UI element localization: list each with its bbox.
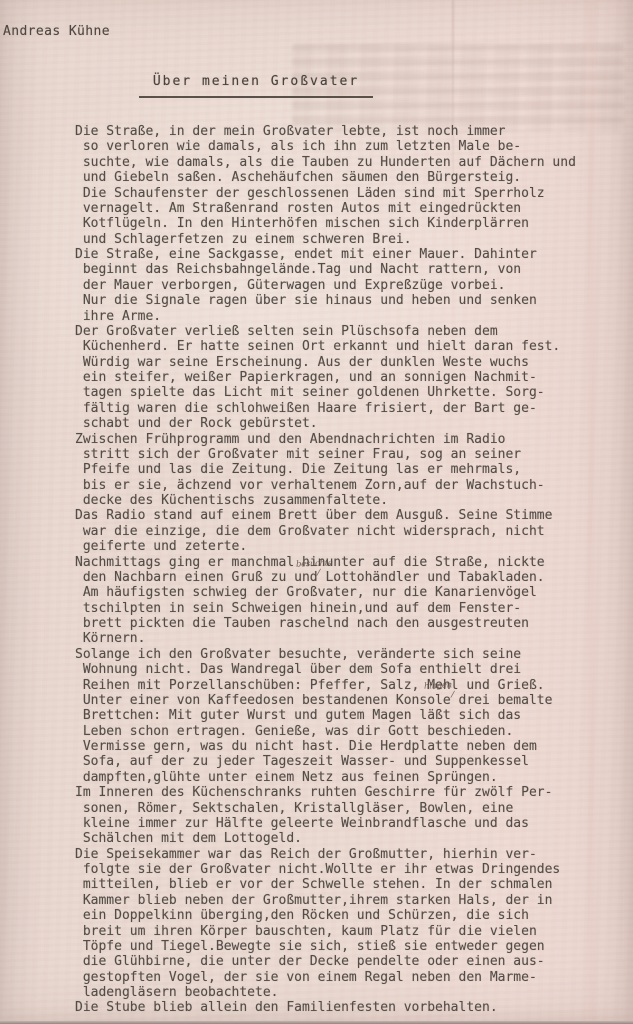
paragraph: Die Straße, eine Sackgasse, endet mit ei…: [75, 247, 576, 324]
paragraph: Der Großvater verließ selten sein Plüsch…: [75, 324, 576, 432]
handwritten-insertion-hingen: hingen: [424, 680, 452, 691]
paragraph: Im Inneren des Küchenschranks ruhten Ges…: [75, 785, 576, 847]
author-name: Andreas Kühne: [3, 24, 110, 39]
paragraph: Solange ich den Großvater besuchte, verä…: [75, 647, 576, 785]
page-title: Über meinen Großvater: [153, 74, 359, 89]
document-body: Die Straße, in der mein Großvater lebte,…: [75, 124, 576, 1016]
paper-edge-tint: [586, 0, 596, 1024]
paragraph: Die Speisekammer war das Reich der Großm…: [75, 847, 576, 1001]
paragraph: Das Radio stand auf einem Brett über dem…: [75, 508, 576, 554]
title-block: Über meinen Großvater: [139, 70, 373, 98]
document-page: Andreas Kühne Über meinen Großvater Die …: [0, 0, 633, 1024]
paragraph: Zwischen Frühprogramm und den Abendnachr…: [75, 432, 576, 509]
paragraph: Die Straße, in der mein Großvater lebte,…: [75, 124, 576, 247]
handwritten-insertion-besuchte: besuchte: [296, 558, 333, 569]
paragraph: Die Stube blieb allein den Familienfeste…: [75, 1000, 576, 1015]
